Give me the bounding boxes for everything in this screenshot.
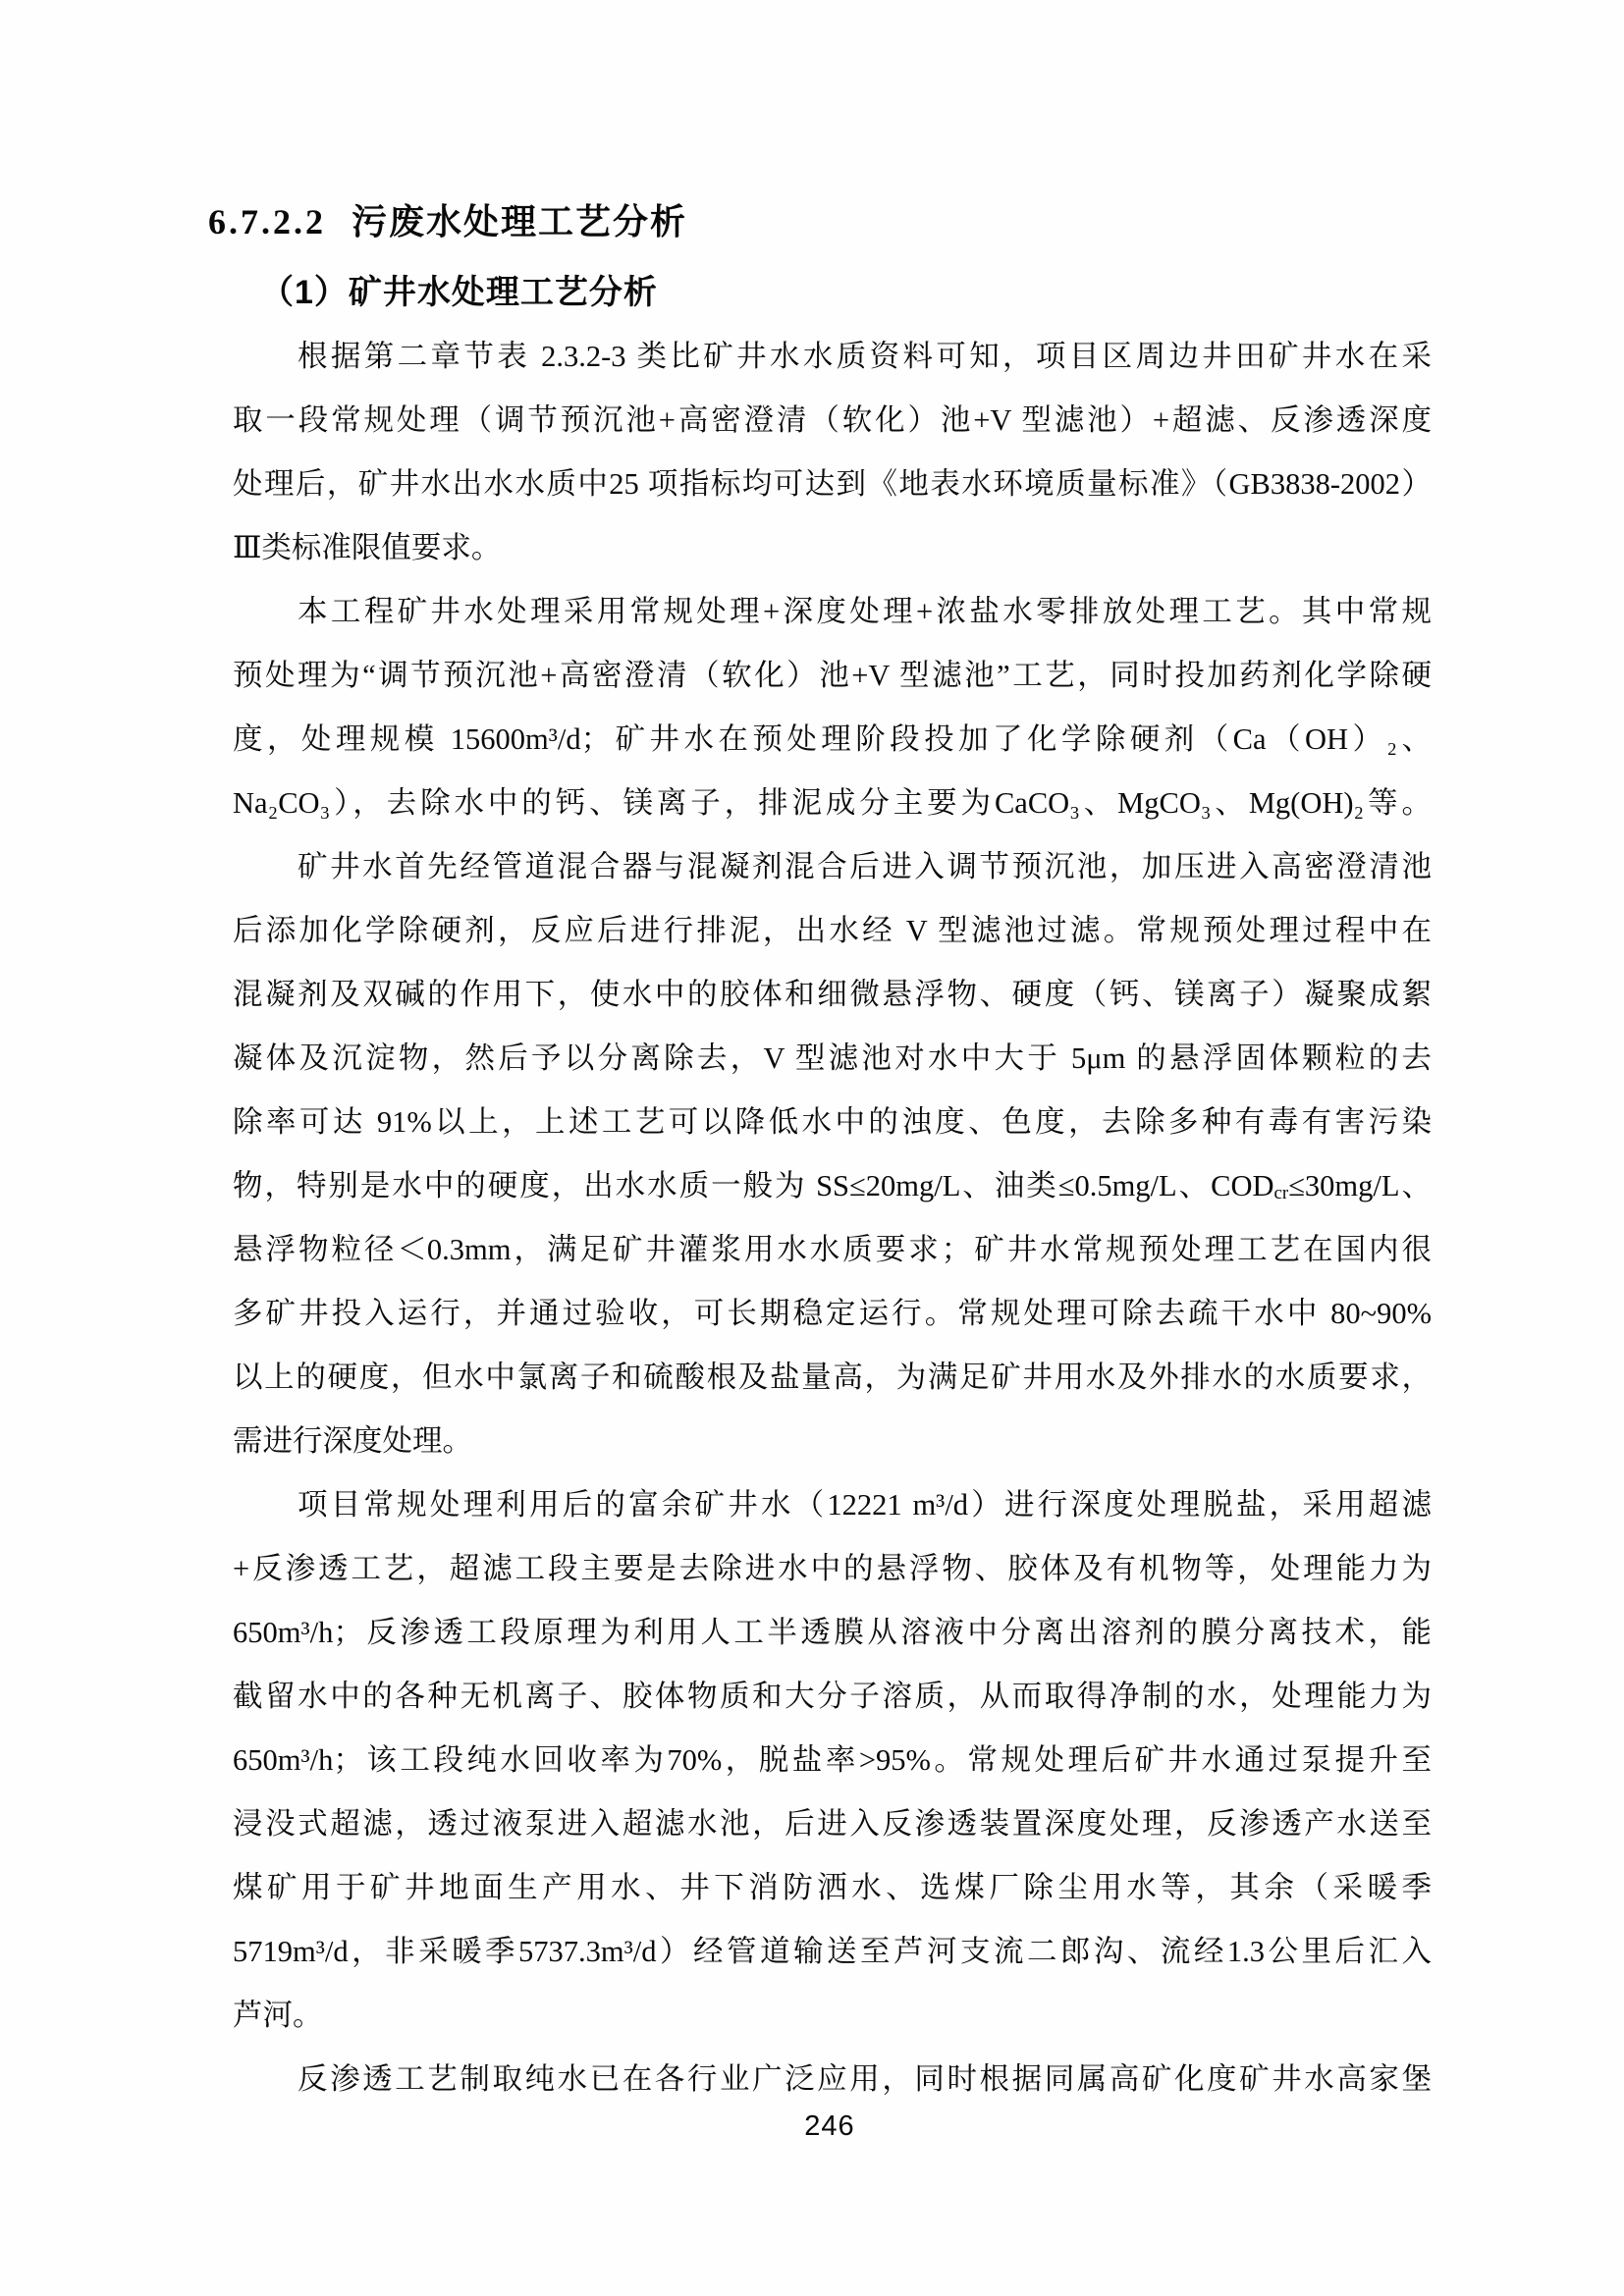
text-line: 煤矿用于矿井地面生产用水、井下消防洒水、选煤厂除尘用水等，其余（采暖季 bbox=[233, 1856, 1432, 1920]
text-line: 浸没式超滤，透过液泵进入超滤水池，后进入反渗透装置深度处理，反渗透产水送至 bbox=[233, 1792, 1432, 1856]
text-line: 本工程矿井水处理采用常规处理+深度处理+浓盐水零排放处理工艺。其中常规 bbox=[233, 580, 1432, 644]
text-line: 悬浮物粒径＜0.3mm，满足矿井灌浆用水水质要求；矿井水常规预处理工艺在国内很 bbox=[233, 1218, 1432, 1282]
text-line: +反渗透工艺，超滤工段主要是去除进水中的悬浮物、胶体及有机物等，处理能力为 bbox=[233, 1537, 1432, 1601]
section-heading: 6.7.2.2污废水处理工艺分析 bbox=[208, 189, 1432, 261]
text-line: 取一段常规处理（调节预沉池+高密澄清（软化）池+V 型滤池）+超滤、反渗透深度 bbox=[233, 389, 1432, 453]
text-line: 处理后，矿井水出水水质中25 项指标均可达到《地表水环境质量标准》（GB3838… bbox=[233, 453, 1432, 516]
document-page: 6.7.2.2污废水处理工艺分析 （1）矿井水处理工艺分析 根据第二章节表 2.… bbox=[0, 0, 1624, 2296]
text-line: Ⅲ类标准限值要求。 bbox=[233, 516, 1432, 580]
paragraph-1: 根据第二章节表 2.3.2-3 类比矿井水水质资料可知，项目区周边井田矿井水在采… bbox=[208, 325, 1432, 580]
text-line: 650m³/h；反渗透工段原理为利用人工半透膜从溶液中分离出溶剂的膜分离技术，能 bbox=[233, 1601, 1432, 1665]
paragraph-5: 反渗透工艺制取纯水已在各行业广泛应用，同时根据同属高矿化度矿井水高家堡 bbox=[208, 2048, 1432, 2111]
text-run: ≤30mg/L、 bbox=[1288, 1169, 1432, 1202]
text-line: 5719m³/d，非采暖季5737.3m³/d）经管道输送至芦河支流二郎沟、流经… bbox=[233, 1920, 1432, 1984]
page-number: 246 bbox=[18, 2110, 1624, 2143]
section-number: 6.7.2.2 bbox=[208, 202, 326, 241]
text-line: 以上的硬度，但水中氯离子和硫酸根及盐量高，为满足矿井用水及外排水的水质要求， bbox=[233, 1346, 1432, 1410]
text-line: 根据第二章节表 2.3.2-3 类比矿井水水质资料可知，项目区周边井田矿井水在采 bbox=[233, 325, 1432, 389]
text-line: 矿井水首先经管道混合器与混凝剂混合后进入调节预沉池，加压进入高密澄清池 bbox=[233, 835, 1432, 899]
text-line: 多矿井投入运行，并通过验收，可长期稳定运行。常规处理可除去疏干水中 80~90% bbox=[233, 1282, 1432, 1346]
text-line: 反渗透工艺制取纯水已在各行业广泛应用，同时根据同属高矿化度矿井水高家堡 bbox=[233, 2048, 1432, 2111]
text-line: 650m³/h；该工段纯水回收率为70%，脱盐率>95%。常规处理后矿井水通过泵… bbox=[233, 1729, 1432, 1792]
text-line: Na₂CO₃），去除水中的钙、镁离子，排泥成分主要为CaCO₃、MgCO₃、Mg… bbox=[233, 772, 1432, 835]
text-line: 度，处理规模 15600m³/d；矿井水在预处理阶段投加了化学除硬剂（Ca（OH… bbox=[233, 708, 1432, 772]
section-title: 污废水处理工艺分析 bbox=[352, 201, 687, 241]
paragraph-3: 矿井水首先经管道混合器与混凝剂混合后进入调节预沉池，加压进入高密澄清池 后添加化… bbox=[208, 835, 1432, 1473]
paragraph-2: 本工程矿井水处理采用常规处理+深度处理+浓盐水零排放处理工艺。其中常规 预处理为… bbox=[208, 580, 1432, 835]
text-line: 芦河。 bbox=[233, 1984, 1432, 2048]
text-line: 后添加化学除硬剂，反应后进行排泥，出水经 V 型滤池过滤。常规预处理过程中在 bbox=[233, 899, 1432, 963]
page-content: 6.7.2.2污废水处理工艺分析 （1）矿井水处理工艺分析 根据第二章节表 2.… bbox=[208, 189, 1432, 2111]
text-run: 物，特别是水中的硬度，出水水质一般为 SS≤20mg/L、油类≤0.5mg/L、… bbox=[233, 1169, 1274, 1202]
text-line: 预处理为“调节预沉池+高密澄清（软化）池+V 型滤池”工艺，同时投加药剂化学除硬 bbox=[233, 644, 1432, 708]
subscript-text: cr bbox=[1274, 1183, 1289, 1203]
text-line: 混凝剂及双碱的作用下，使水中的胶体和细微悬浮物、硬度（钙、镁离子）凝聚成絮 bbox=[233, 963, 1432, 1027]
paragraph-4: 项目常规处理利用后的富余矿井水（12221 m³/d）进行深度处理脱盐，采用超滤… bbox=[208, 1473, 1432, 2048]
text-line: 凝体及沉淀物，然后予以分离除去，V 型滤池对水中大于 5μm 的悬浮固体颗粒的去 bbox=[233, 1027, 1432, 1091]
text-line: 物，特别是水中的硬度，出水水质一般为 SS≤20mg/L、油类≤0.5mg/L、… bbox=[233, 1154, 1432, 1218]
text-line: 项目常规处理利用后的富余矿井水（12221 m³/d）进行深度处理脱盐，采用超滤 bbox=[233, 1473, 1432, 1537]
text-line: 除率可达 91%以上，上述工艺可以降低水中的浊度、色度，去除多种有毒有害污染 bbox=[233, 1091, 1432, 1154]
subsection-heading: （1）矿井水处理工艺分析 bbox=[208, 261, 1432, 325]
text-line: 需进行深度处理。 bbox=[233, 1410, 1432, 1473]
text-line: 截留水中的各种无机离子、胶体物质和大分子溶质，从而取得净制的水，处理能力为 bbox=[233, 1665, 1432, 1729]
